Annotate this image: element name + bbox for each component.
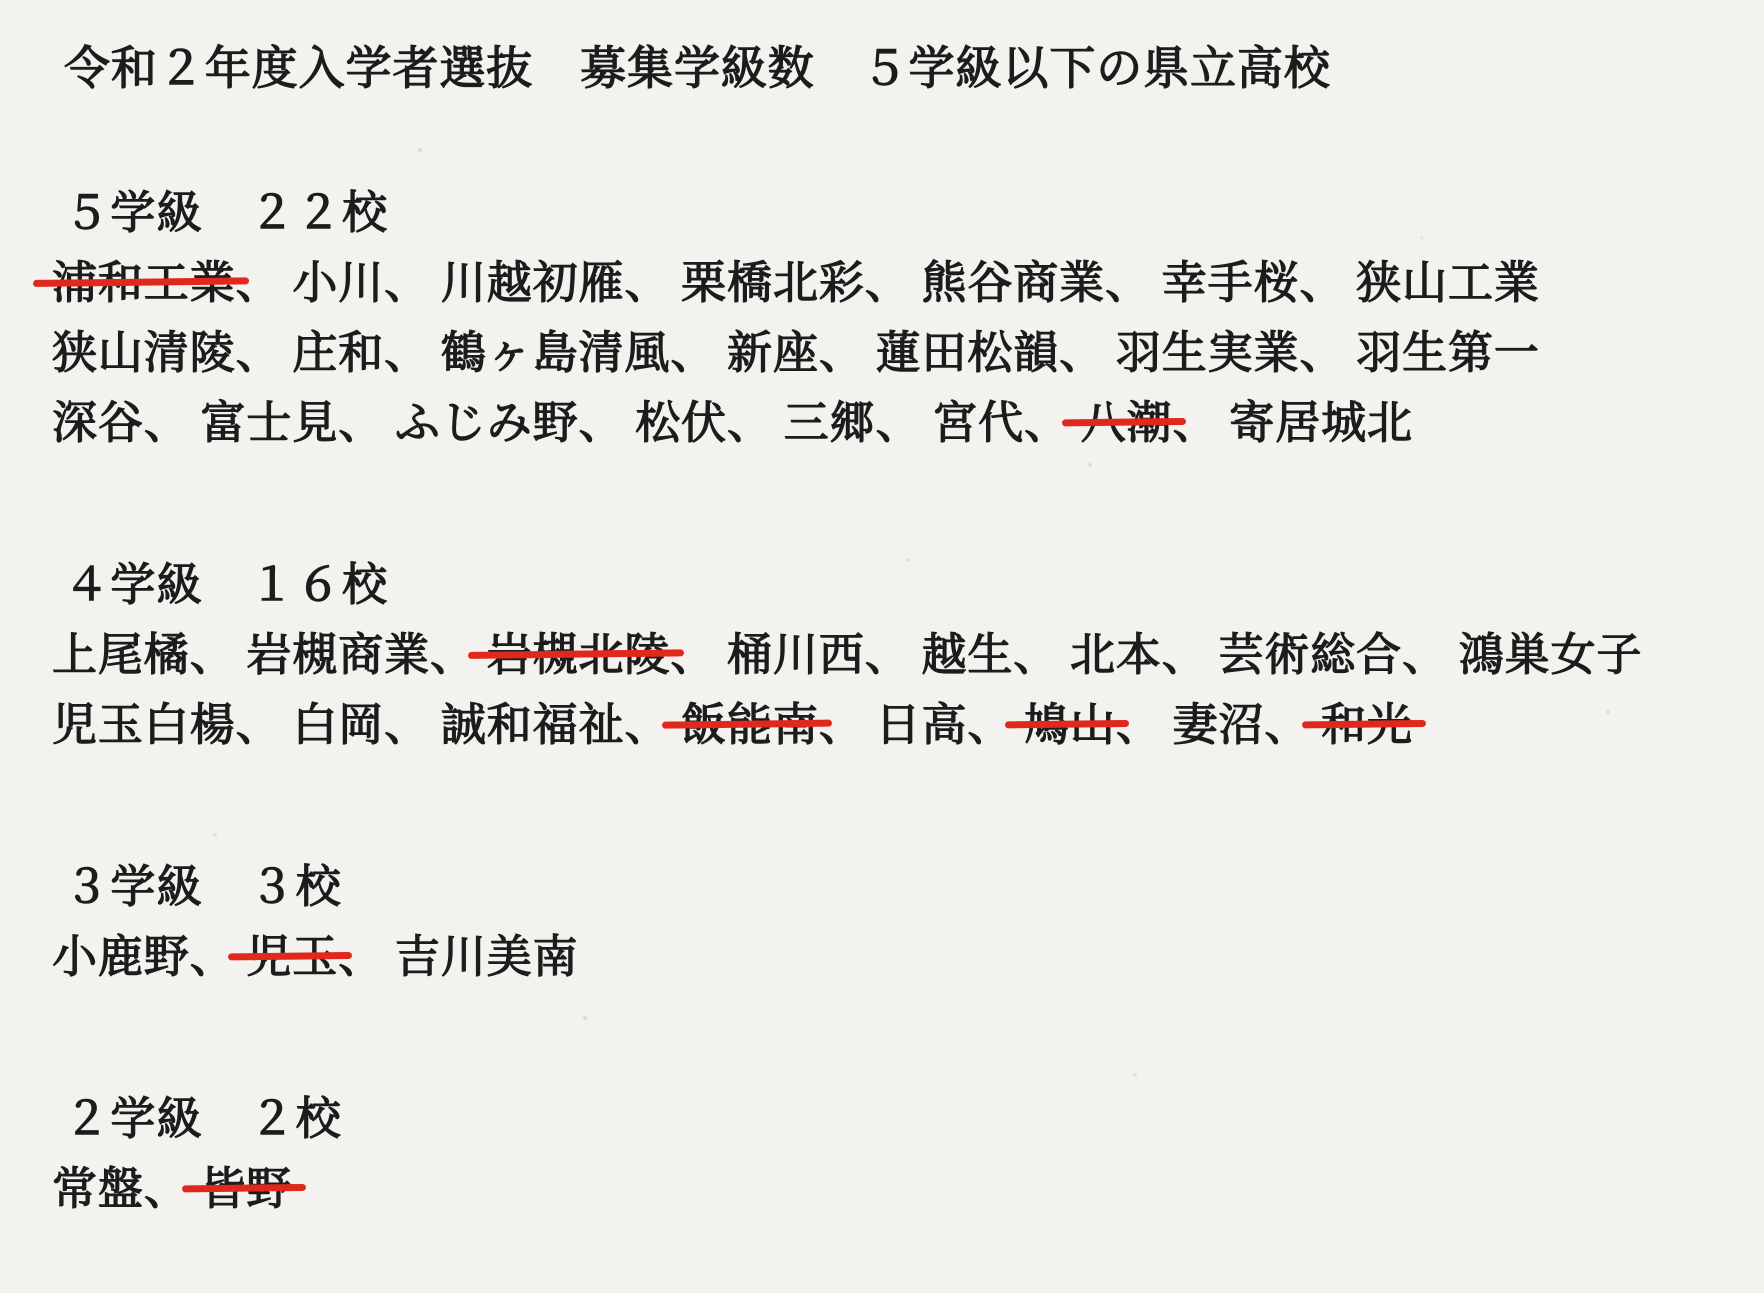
school-name: 白岡 xyxy=(292,690,384,760)
class-count-section: ３学級 ３校小鹿野、児玉、吉川美南 xyxy=(52,852,1724,992)
comma-separator: 、 xyxy=(144,388,190,458)
school-name: 芸術総合 xyxy=(1218,620,1402,690)
comma-separator: 、 xyxy=(727,388,773,458)
school-name: 宮代 xyxy=(932,388,1024,458)
school-list-line: 上尾橘、岩槻商業、岩槻北陵、桶川西、越生、北本、芸術総合、鴻巣女子 xyxy=(52,620,1724,690)
school-name: 桶川西 xyxy=(727,620,865,690)
school-list-line: 狭山清陵、庄和、鶴ヶ島清風、新座、蓮田松韻、羽生実業、羽生第一 xyxy=(52,318,1724,388)
school-name: 児玉白楊 xyxy=(52,690,236,760)
school-name: 小川 xyxy=(292,248,384,318)
school-name: 蓮田松韻 xyxy=(876,318,1060,388)
school-name: 妻沼 xyxy=(1173,690,1265,760)
school-list-line: 小鹿野、児玉、吉川美南 xyxy=(52,922,1724,992)
school-name: 北本 xyxy=(1070,620,1162,690)
school-list-line: 深谷、富士見、ふじみ野、松伏、三郷、宮代、八潮、寄居城北 xyxy=(52,388,1724,458)
comma-separator: 、 xyxy=(236,690,282,760)
school-name-struck: 児玉 xyxy=(246,922,338,992)
school-name: 誠和福祉 xyxy=(441,690,625,760)
comma-separator: 、 xyxy=(1013,620,1059,690)
comma-separator: 、 xyxy=(384,690,430,760)
school-name-struck: 和光 xyxy=(1321,690,1413,760)
school-name: 栗橋北彩 xyxy=(681,248,865,318)
section-heading: ５学級 ２２校 xyxy=(52,178,1724,248)
comma-separator: 、 xyxy=(384,318,430,388)
document-title: 令和２年度入学者選抜 募集学級数 ５学級以下の県立高校 xyxy=(64,38,1724,98)
school-name: 岩槻商業 xyxy=(246,620,430,690)
comma-separator: 、 xyxy=(190,620,236,690)
comma-separator: 、 xyxy=(865,620,911,690)
school-name-struck: 岩槻北陵 xyxy=(487,620,671,690)
school-name-struck: 皆野 xyxy=(201,1154,293,1224)
comma-separator: 、 xyxy=(338,388,384,458)
comma-separator: 、 xyxy=(384,248,430,318)
section-heading: ２学級 ２校 xyxy=(52,1084,1724,1154)
school-name: 富士見 xyxy=(201,388,339,458)
school-name: ふじみ野 xyxy=(395,388,579,458)
school-name: 吉川美南 xyxy=(395,922,579,992)
school-name: 鶴ヶ島清風 xyxy=(441,318,671,388)
school-name: 狭山工業 xyxy=(1356,248,1540,318)
school-name: 新座 xyxy=(727,318,819,388)
school-list-line: 常盤、皆野 xyxy=(52,1154,1724,1224)
comma-separator: 、 xyxy=(624,248,670,318)
school-name-struck: 鳩山 xyxy=(1024,690,1116,760)
school-name: 三郷 xyxy=(784,388,876,458)
comma-separator: 、 xyxy=(1299,318,1345,388)
school-name: 狭山清陵 xyxy=(52,318,236,388)
comma-separator: 、 xyxy=(1105,248,1151,318)
school-name: 幸手桜 xyxy=(1162,248,1300,318)
school-name: 川越初雁 xyxy=(441,248,625,318)
school-name: 寄居城北 xyxy=(1229,388,1413,458)
school-name: 上尾橘 xyxy=(52,620,190,690)
school-name: 越生 xyxy=(921,620,1013,690)
comma-separator: 、 xyxy=(1402,620,1448,690)
comma-separator: 、 xyxy=(1299,248,1345,318)
scanned-document-page: 令和２年度入学者選抜 募集学級数 ５学級以下の県立高校 ５学級 ２２校浦和工業、… xyxy=(0,0,1764,1293)
comma-separator: 、 xyxy=(865,248,911,318)
school-name: 深谷 xyxy=(52,388,144,458)
comma-separator: 、 xyxy=(579,388,625,458)
comma-separator: 、 xyxy=(236,318,282,388)
school-name: 松伏 xyxy=(635,388,727,458)
school-name: 常盤 xyxy=(52,1154,144,1224)
section-heading: ４学級 １６校 xyxy=(52,550,1724,620)
class-count-section: ２学級 ２校常盤、皆野 xyxy=(52,1084,1724,1224)
section-heading: ３学級 ３校 xyxy=(52,852,1724,922)
comma-separator: 、 xyxy=(876,388,922,458)
school-list-line: 児玉白楊、白岡、誠和福祉、飯能南、日高、鳩山、妻沼、和光 xyxy=(52,690,1724,760)
school-name: 小鹿野 xyxy=(52,922,190,992)
class-count-section: ５学級 ２２校浦和工業、小川、川越初雁、栗橋北彩、熊谷商業、幸手桜、狭山工業狭山… xyxy=(52,178,1724,458)
comma-separator: 、 xyxy=(819,318,865,388)
comma-separator: 、 xyxy=(670,318,716,388)
class-count-section: ４学級 １６校上尾橘、岩槻商業、岩槻北陵、桶川西、越生、北本、芸術総合、鴻巣女子… xyxy=(52,550,1724,760)
school-name: 熊谷商業 xyxy=(921,248,1105,318)
school-name: 庄和 xyxy=(292,318,384,388)
school-name: 鴻巣女子 xyxy=(1459,620,1643,690)
school-list-sections: ５学級 ２２校浦和工業、小川、川越初雁、栗橋北彩、熊谷商業、幸手桜、狭山工業狭山… xyxy=(52,178,1724,1224)
school-name-struck: 飯能南 xyxy=(681,690,819,760)
comma-separator: 、 xyxy=(1162,620,1208,690)
comma-separator: 、 xyxy=(1059,318,1105,388)
school-name-struck: 浦和工業 xyxy=(52,248,236,318)
school-name: 羽生第一 xyxy=(1356,318,1540,388)
school-name: 羽生実業 xyxy=(1116,318,1300,388)
school-list-line: 浦和工業、小川、川越初雁、栗橋北彩、熊谷商業、幸手桜、狭山工業 xyxy=(52,248,1724,318)
school-name-struck: 八潮 xyxy=(1081,388,1173,458)
school-name: 日高 xyxy=(876,690,968,760)
